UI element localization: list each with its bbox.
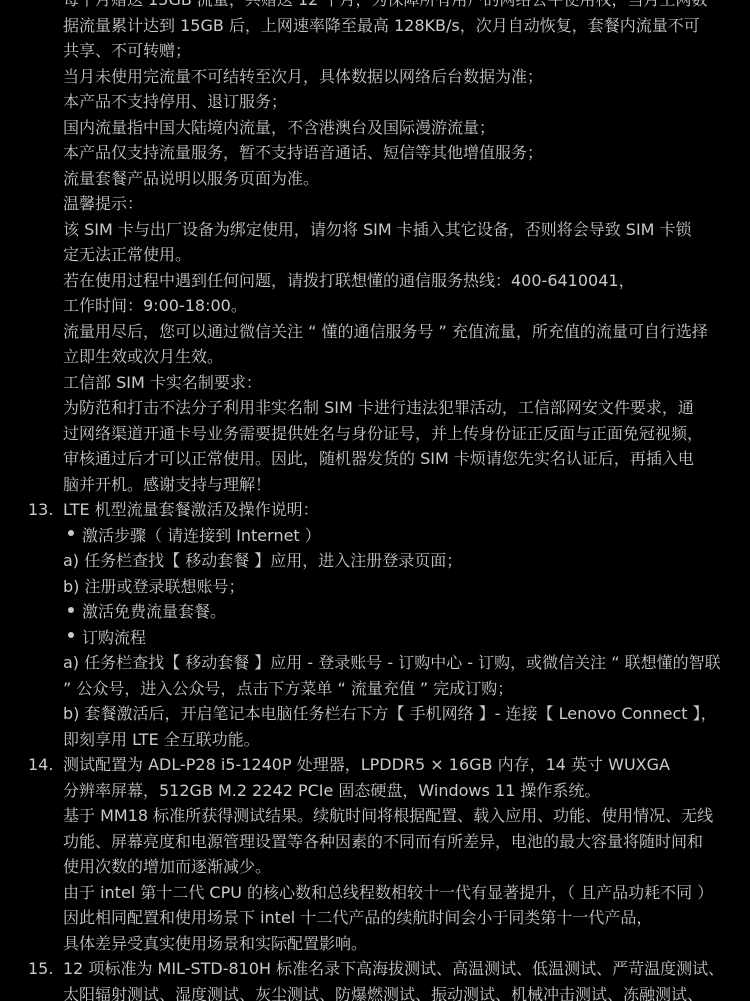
footnote-line: 由于 intel 第十二代 CPU 的核心数和总线程数相较十一代有显著提升，（ … [63,880,713,906]
warm-tip-heading: 温馨提示： [63,191,143,217]
footnote-line: 每个月赠送 15GB 流量，共赠送 12 个月，为保障所有用户的网络公平使用权，… [63,0,707,13]
footnote-line: 功能、屏幕亮度和电源管理设置等各种因素的不同而有所差异，电池的最大容量将随时间和 [63,829,703,855]
footnote-line: 具体差异受真实使用场景和实际配置影响。 [63,931,367,957]
footnote-line: 脑并开机。感谢支持与理解！ [63,472,271,498]
footnote-line: 本产品仅支持流量服务，暂不支持语音通话、短信等其他增值服务； [63,140,543,166]
working-hours: 工作时间：9:00-18:00。 [63,293,247,319]
footnote-line: 过网络渠道开通卡号业务需要提供姓名与身份证号，并上传身份证正反面与正面免冠视频， [63,421,703,447]
test-config-line: 测试配置为 ADL-P28 i5-1240P 处理器，LPDDR5 × 16GB… [63,752,670,778]
footnote-number-13: 13. [28,497,53,523]
footnote-line: 定无法正常使用。 [63,242,191,268]
footnote-line: 流量用尽后，您可以通过微信关注 “ 懂的通信服务号 ” 充值流量，所充值的流量可… [63,319,708,345]
bullet-icon [68,632,74,638]
bullet-icon [68,607,74,613]
footnote-number-15: 15. [28,956,53,982]
footnote-line: 共享、不可转赠； [63,38,191,64]
step-b: b) 注册或登录联想账号； [63,574,245,600]
footnote-line: 太阳辐射测试、湿度测试、灰尘测试、防爆燃测试、振动测试、机械冲击测试、冻融测试、 [63,982,703,1001]
footnote-line: 当月未使用完流量不可结转至次月，具体数据以网络后台数据为准； [63,64,543,90]
order-step-b-cont: 即刻享用 LTE 全互联功能。 [63,727,260,753]
footnote-line: 使用次数的增加而逐渐减少。 [63,854,271,880]
bullet-free-package: 激活免费流量套餐。 [82,599,226,625]
footnote-line: 立即生效或次月生效。 [63,344,223,370]
section13-title: LTE 机型流量套餐激活及操作说明： [63,497,319,523]
test-config-line: 分辨率屏幕，512GB M.2 2242 PCIe 固态硬盘，Windows 1… [63,778,600,804]
order-step-b: b) 套餐激活后，开启笔记本电脑任务栏右下方【 手机网络 】- 连接【 Leno… [63,701,717,727]
footnote-line: 12 项标准为 MIL-STD-810H 标准名录下高海拔测试、高温测试、低温测… [63,956,724,982]
order-step-a-cont: ” 公众号，进入公众号，点击下方菜单 “ 流量充值 ” 完成订购； [63,676,513,702]
footnote-line: 为防范和打击不法分子利用非实名制 SIM 卡进行违法犯罪活动，工信部网安文件要求… [63,395,694,421]
footnote-line: 因此相同配置和使用场景下 intel 十二代产品的续航时间会小于同类第十一代产品… [63,905,652,931]
footnote-line: 流量套餐产品说明以服务页面为准。 [63,166,319,192]
hotline-text: 若在使用过程中遇到任何问题，请拨打联想懂的通信服务热线：400-6410041， [63,268,635,294]
footnote-line: 本产品不支持停用、退订服务； [63,89,287,115]
footnote-line: 审核通过后才可以正常使用。因此，随机器发货的 SIM 卡烦请您先实名认证后，再插… [63,446,694,472]
bullet-order-flow: 订购流程 [82,625,146,651]
bullet-icon [68,530,74,536]
order-step-a: a) 任务栏查找【 移动套餐 】应用 - 登录账号 - 订购中心 - 订购，或微… [63,650,721,676]
step-a: a) 任务栏查找【 移动套餐 】应用，进入注册登录页面； [63,548,462,574]
footnote-line: 基于 MM18 标准所获得测试结果。续航时间将根据配置、载入应用、功能、使用情况… [63,803,713,829]
realname-heading: 工信部 SIM 卡实名制要求： [63,370,262,396]
footnote-line: 据流量累计达到 15GB 后，上网速率降至最高 128KB/s，次月自动恢复，套… [63,13,700,39]
footnote-line: 国内流量指中国大陆境内流量，不含港澳台及国际漫游流量； [63,115,495,141]
bullet-activation-steps: 激活步骤（ 请连接到 Internet ） [82,523,321,549]
footnote-line: 该 SIM 卡与出厂设备为绑定使用，请勿将 SIM 卡插入其它设备，否则将会导致… [63,217,692,243]
footnote-number-14: 14. [28,752,53,778]
